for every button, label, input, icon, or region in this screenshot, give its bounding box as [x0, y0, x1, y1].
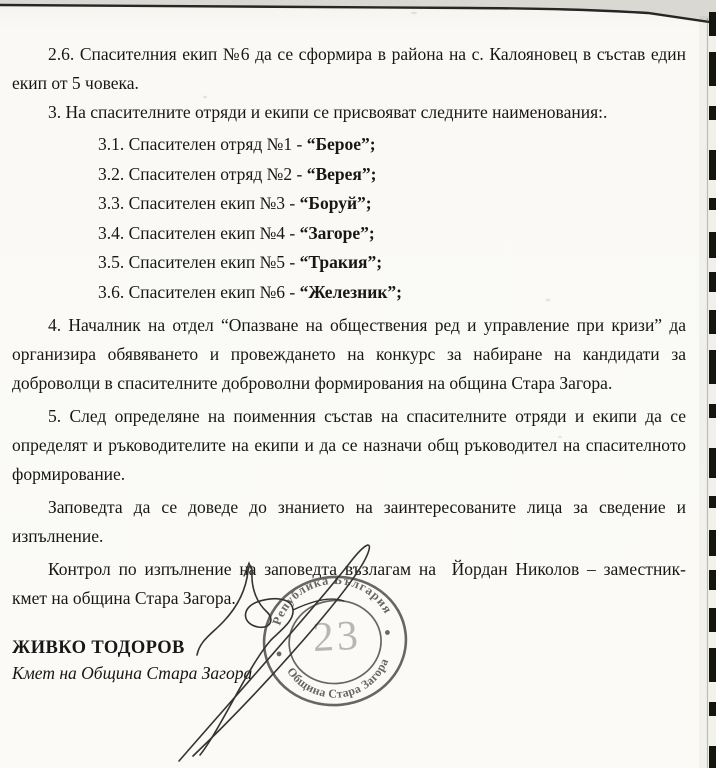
team-name: “Железник”;: [300, 282, 402, 302]
order-item-4: 4. Началник на отдел “Опазване на общест…: [12, 311, 686, 398]
list-item-prefix: 3.3. Спасителен екип №3 -: [98, 193, 300, 213]
team-name: “Берое”;: [307, 134, 376, 154]
scan-artifact-top-edge: [0, 0, 716, 23]
order-note: Заповедта да се доведе до знанието на за…: [12, 493, 686, 551]
order-control-assignment: Контрол по изпълнение на заповедта възла…: [12, 555, 686, 613]
team-name: “Тракия”;: [300, 252, 382, 272]
team-name: “Загоре”;: [300, 223, 375, 243]
team-name: “Верея”;: [307, 164, 377, 184]
list-item-prefix: 3.1. Спасителен отряд №1 -: [98, 134, 307, 154]
list-item: 3.6. Спасителен екип №6 - “Железник”;: [98, 278, 686, 308]
list-item-prefix: 3.5. Спасителен екип №5 -: [98, 252, 300, 272]
signatory-block: ЖИВКО ТОДОРОВ Кмет на Община Стара Загор…: [12, 635, 686, 685]
rescue-team-list: 3.1. Спасителен отряд №1 - “Берое”; 3.2.…: [98, 130, 686, 307]
list-item: 3.4. Спасителен екип №4 - “Загоре”;: [98, 219, 686, 249]
order-item-3: 3. На спасителните отряди и екипи се при…: [12, 98, 686, 127]
signatory-title: Кмет на Община Стара Загора: [12, 661, 686, 685]
list-item: 3.1. Спасителен отряд №1 - “Берое”;: [98, 130, 686, 160]
order-item-2-6: 2.6. Спасителния екип №6 да се сформира …: [12, 40, 686, 98]
order-item-5: 5. След определяне на поименния състав н…: [12, 402, 686, 489]
order-body: 2.6. Спасителния екип №6 да се сформира …: [12, 40, 686, 685]
list-item: 3.2. Спасителен отряд №2 - “Верея”;: [98, 160, 686, 190]
signatory-name: ЖИВКО ТОДОРОВ: [12, 635, 686, 661]
list-item-prefix: 3.6. Спасителен екип №6 -: [98, 282, 300, 302]
list-item-prefix: 3.4. Спасителен екип №4 -: [98, 223, 300, 243]
scan-artifact-right-edge: [699, 12, 716, 768]
list-item: 3.3. Спасителен екип №3 - “Боруй”;: [98, 189, 686, 219]
list-item-prefix: 3.2. Спасителен отряд №2 -: [98, 164, 307, 184]
team-name: “Боруй”;: [300, 193, 372, 213]
scanned-document-page: 2.6. Спасителния екип №6 да се сформира …: [0, 0, 716, 768]
list-item: 3.5. Спасителен екип №5 - “Тракия”;: [98, 248, 686, 278]
